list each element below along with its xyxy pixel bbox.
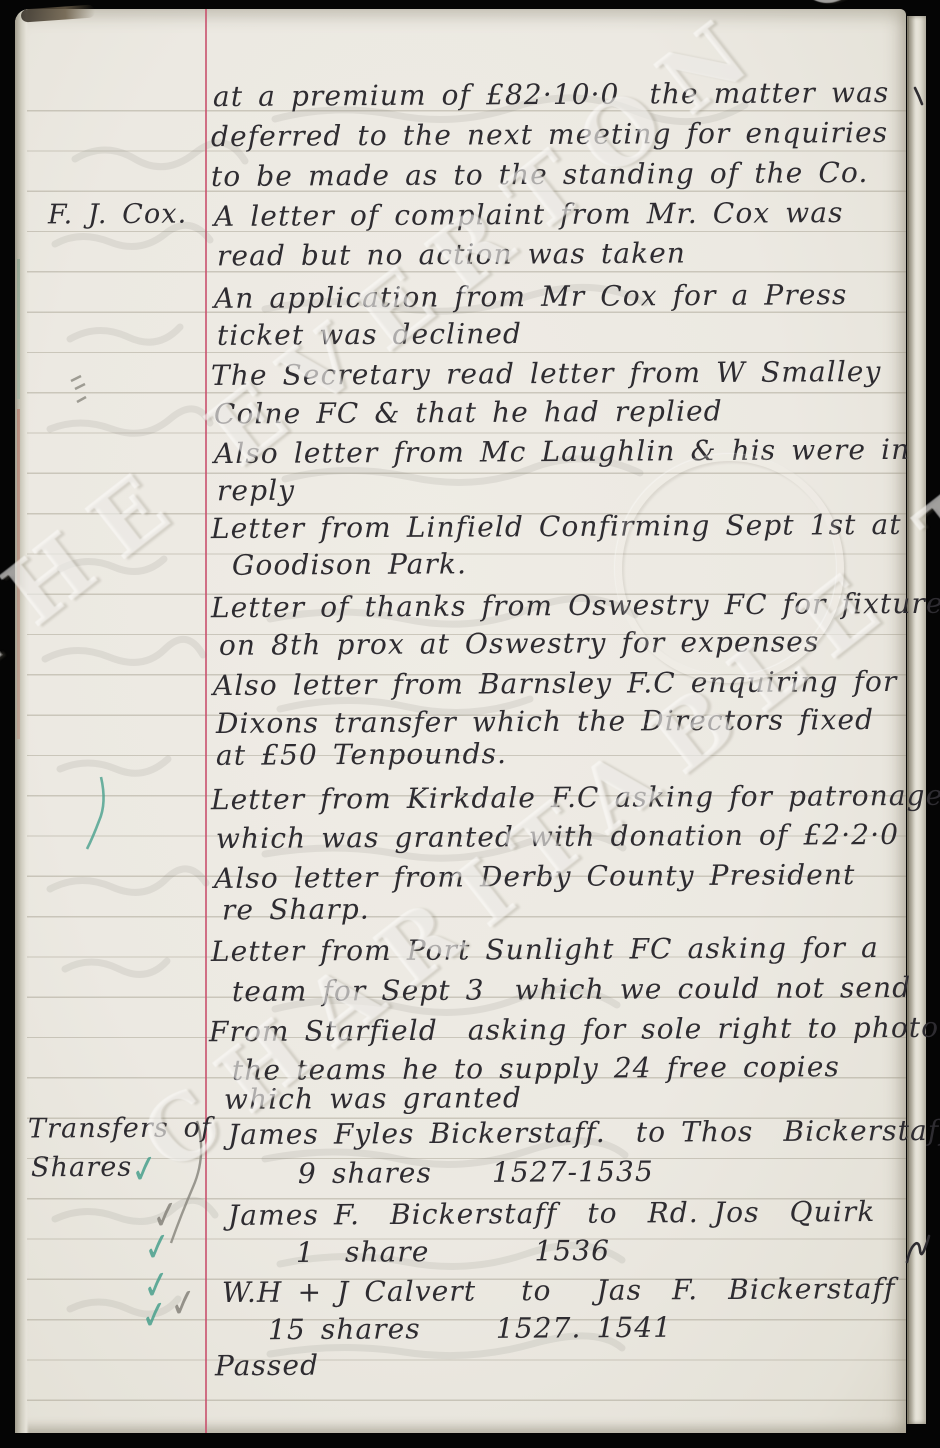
photograph-background: THE EVERTON COLLECTION CHARITABLE TRUST … [0, 0, 940, 1448]
stray-ink-marks [0, 0, 940, 1448]
